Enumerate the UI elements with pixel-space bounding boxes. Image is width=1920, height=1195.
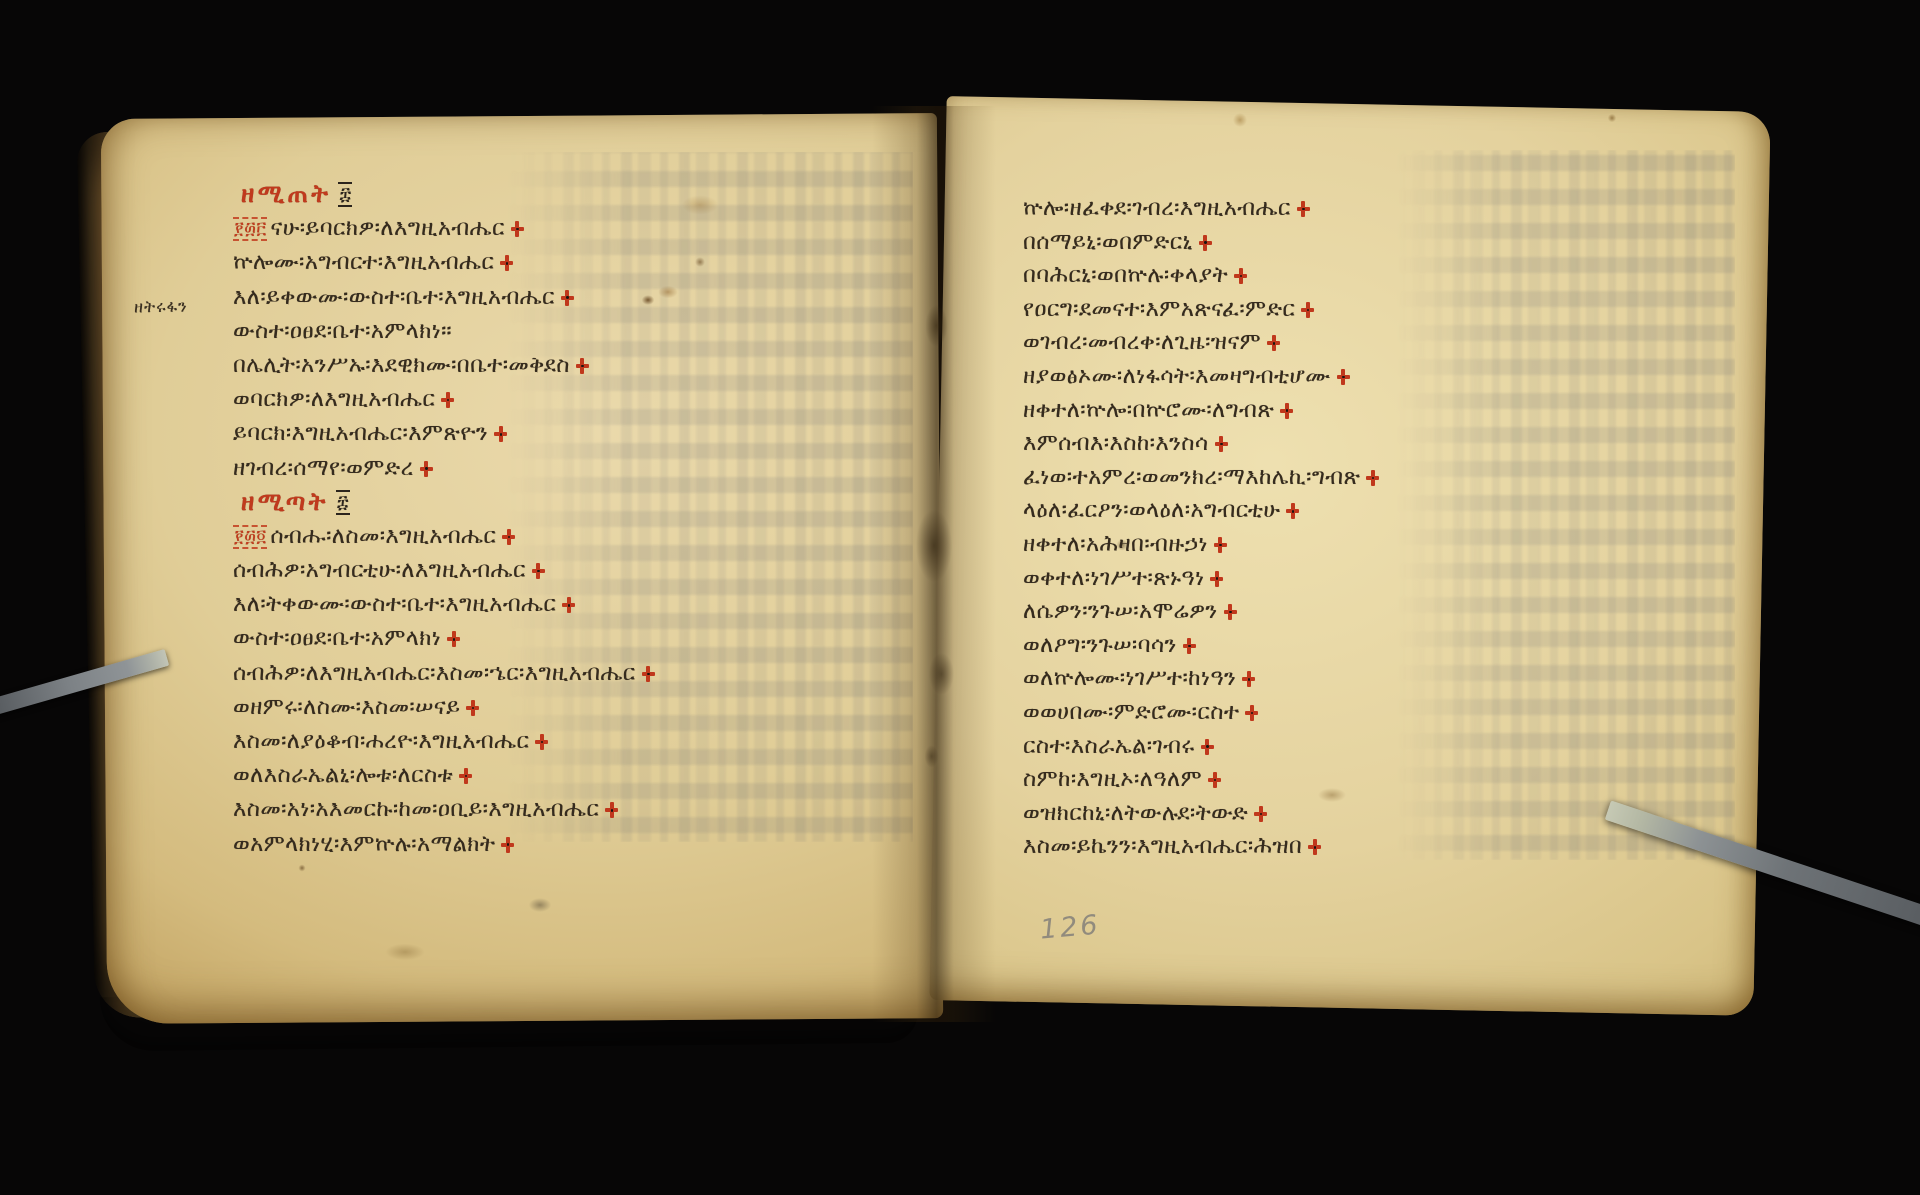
verse-line: ርስተ፡እስራኤል፡ገብሩ [1023, 730, 1379, 764]
verse-text: ዘያወፅኦሙ፡ለነፋሳት፡እመዛግብቲሆሙ [1023, 363, 1331, 389]
verse-line: ዘገብረ፡ሰማየ፡ወምድረ [233, 451, 655, 485]
verse-text: ስምከ፡እግዚኦ፡ለዓለም [1023, 766, 1202, 792]
margin-note: ዘትሩፋን [134, 297, 188, 318]
verse-line: ውስተ፡ዐፀደ፡ቤተ፡አምላክነ። [233, 314, 655, 348]
verse-separator-cross-icon [1366, 470, 1379, 486]
verse-separator-cross-icon [1208, 772, 1221, 788]
verse-text: ወወሀበሙ፡ምድሮሙ፡ርስተ [1023, 699, 1239, 725]
verse-line: ውስተ፡ዐፀደ፡ቤተ፡አምላክነ [233, 621, 655, 655]
verse-text: ሰብሕዎ፡ለእግዚአብሔር፡እስመ፡ኄር፡እግዚአብሔር [233, 660, 636, 686]
verse-line: እስመ፡ይኬንን፡እግዚአብሔር፡ሕዝበ [1023, 830, 1379, 864]
verse-text: ወዝክርከኒ፡ለትውሉደ፡ትውድ [1023, 800, 1248, 826]
page-number-pencil: 126 [1039, 909, 1102, 945]
verse-separator-cross-icon [494, 426, 507, 442]
verse-separator-cross-icon [1234, 268, 1247, 284]
verse-separator-cross-icon [1201, 739, 1214, 755]
verse-separator-cross-icon [511, 221, 524, 237]
verse-text: ይባርክ፡እግዚአብሔር፡እምጽዮን [233, 420, 488, 446]
verse-line: ኵሎ፡ዘፈቀደ፡ገብረ፡እግዚአብሔር [1023, 192, 1379, 226]
verse-line: ወለዖግ፡ንጉሠ፡ባሳን [1023, 629, 1379, 663]
verse-text: ሰብሕዎ፡አግብርቲሁ፡ለእግዚአብሔር [233, 557, 526, 583]
verse-text: እስመ፡ይኬንን፡እግዚአብሔር፡ሕዝበ [1023, 833, 1302, 859]
title-number: ፰ [336, 490, 350, 515]
verse-separator-cross-icon [459, 768, 472, 784]
verse-text: ርስተ፡እስራኤል፡ገብሩ [1023, 733, 1195, 759]
verse-line: እስመ፡አነ፡አእመርኩ፡ከመ፡ዐቢይ፡እግዚአብሔር [233, 792, 655, 826]
verse-text: በሌሊት፡አንሥኡ፡እደዊክሙ፡በቤተ፡መቅደስ [233, 352, 570, 378]
verse-line: ላዕለ፡ፈርዖን፡ወላዕለ፡አግብርቲሁ [1023, 494, 1379, 528]
verse-line: ስምከ፡እግዚኦ፡ለዓለም [1023, 763, 1379, 797]
verse-text: ወአምላክነሂ፡እምኵሉ፡አማልክት [233, 831, 495, 857]
verse-separator-cross-icon [1215, 436, 1228, 452]
verse-separator-cross-icon [441, 392, 454, 408]
verse-line: በባሕርኒ፡ወበኵሉ፡ቀላያት [1023, 259, 1379, 293]
verse-separator-cross-icon [1210, 571, 1223, 587]
verse-separator-cross-icon [1254, 806, 1267, 822]
verse-separator-cross-icon [1267, 335, 1280, 351]
verse-separator-cross-icon [605, 802, 618, 818]
verse-line: ወባርክዎ፡ለእግዚአብሔር [233, 382, 655, 416]
verse-line: ወአምላክነሂ፡እምኵሉ፡አማልክት [233, 827, 655, 861]
verse-separator-cross-icon [561, 290, 574, 306]
verse-line: ወለኵሎሙ፡ነገሥተ፡ከነዓን [1023, 662, 1379, 696]
verse-line: ፈነወ፡ተአምረ፡ወመንክረ፡ማእከሌኪ፡ግብጽ [1023, 461, 1379, 495]
verse-text: ወዘምሩ፡ለስሙ፡እስመ፡ሠናይ [233, 694, 460, 720]
verse-line: እለ፡ትቀውሙ፡ውስተ፡ቤተ፡እግዚአብሔር [233, 587, 655, 621]
verse-separator-cross-icon [562, 597, 575, 613]
verse-separator-cross-icon [1183, 638, 1196, 654]
verse-text: እስመ፡አነ፡አእመርኩ፡ከመ፡ዐቢይ፡እግዚአብሔር [233, 796, 599, 822]
verse-separator-cross-icon [535, 734, 548, 750]
verse-line: የዐርግ፡ደመናተ፡እምአጽናፈ፡ምድር [1023, 293, 1379, 327]
verse-line: ፻፴፫ናሁ፡ይባርክዎ፡ለእግዚአብሔር [233, 211, 655, 245]
verse-line: በሰማይኒ፡ወበምድርኒ [1023, 226, 1379, 260]
section-title: ዘሚጠት፰ [233, 177, 655, 211]
verse-separator-cross-icon [1242, 671, 1255, 687]
verse-text: ወቀተለ፡ነገሥተ፡ጽኑዓነ [1023, 565, 1204, 591]
verse-line: ኵሎሙ፡አግብርተ፡እግዚአብሔር [233, 245, 655, 279]
verse-separator-cross-icon [642, 666, 655, 682]
verse-line: ፻፴፬ሰብሑ፡ለስመ፡እግዚአብሔር [233, 519, 655, 553]
verse-text: እምሰብእ፡እስከ፡እንስሳ [1023, 430, 1209, 456]
psalm-number-rubric: ፻፴፫ [233, 217, 267, 241]
verse-separator-cross-icon [1301, 302, 1314, 318]
verse-text: ፈነወ፡ተአምረ፡ወመንክረ፡ማእከሌኪ፡ግብጽ [1023, 464, 1360, 490]
verse-line: ለሴዎን፡ንጉሠ፡አሞሬዎን [1023, 595, 1379, 629]
verse-text: ወለኵሎሙ፡ነገሥተ፡ከነዓን [1023, 665, 1236, 691]
verse-text: በሰማይኒ፡ወበምድርኒ [1023, 229, 1193, 255]
verse-separator-cross-icon [1286, 503, 1299, 519]
verse-text: ለሴዎን፡ንጉሠ፡አሞሬዎን [1023, 598, 1218, 624]
verse-text: ዘቀተለ፡አሕዛበ፡ብዙኃነ [1023, 531, 1208, 557]
verse-separator-cross-icon [500, 255, 513, 271]
verse-separator-cross-icon [1308, 839, 1321, 855]
verse-separator-cross-icon [466, 700, 479, 716]
verse-text: እለ፡ይቀውሙ፡ውስተ፡ቤተ፡እግዚአብሔር [233, 284, 555, 310]
verse-separator-cross-icon [1245, 705, 1258, 721]
verse-line: ዘቀተለ፡ኵሎ፡በኵሮሙ፡ለግብጽ [1023, 394, 1379, 428]
verse-line: በሌሊት፡አንሥኡ፡እደዊክሙ፡በቤተ፡መቅደስ [233, 348, 655, 382]
verse-text: ሰብሑ፡ለስመ፡እግዚአብሔር [270, 523, 496, 549]
title-rubric-text: ዘሚጠት [241, 179, 331, 208]
verse-separator-cross-icon [1337, 369, 1350, 385]
manuscript-photo: ዘትሩፋን ዘሚጠት፰፻፴፫ናሁ፡ይባርክዎ፡ለእግዚአብሔርኵሎሙ፡አግብርተ… [0, 0, 1920, 1195]
verse-line: ወዘምሩ፡ለስሙ፡እስመ፡ሠናይ [233, 690, 655, 724]
verse-line: ሰብሕዎ፡አግብርቲሁ፡ለእግዚአብሔር [233, 553, 655, 587]
verse-text: እለ፡ትቀውሙ፡ውስተ፡ቤተ፡እግዚአብሔር [233, 591, 556, 617]
left-text-column: ዘሚጠት፰፻፴፫ናሁ፡ይባርክዎ፡ለእግዚአብሔርኵሎሙ፡አግብርተ፡እግዚአብ… [233, 177, 655, 861]
verse-text: ወገብረ፡መብረቀ፡ለጊዜ፡ዝናም [1023, 329, 1261, 355]
verse-text: ወባርክዎ፡ለእግዚአብሔር [233, 386, 435, 412]
verse-separator-cross-icon [1280, 403, 1293, 419]
verse-text: እስመ፡ለያዕቆብ፡ሐረዮ፡እግዚአብሔር [233, 728, 529, 754]
verse-line: ወቀተለ፡ነገሥተ፡ጽኑዓነ [1023, 562, 1379, 596]
verse-line: እስመ፡ለያዕቆብ፡ሐረዮ፡እግዚአብሔር [233, 724, 655, 758]
verse-line: ዘቀተለ፡አሕዛበ፡ብዙኃነ [1023, 528, 1379, 562]
verse-separator-cross-icon [532, 563, 545, 579]
verse-text: ናሁ፡ይባርክዎ፡ለእግዚአብሔር [270, 215, 504, 241]
verse-separator-cross-icon [1199, 235, 1212, 251]
verse-text: ወለዖግ፡ንጉሠ፡ባሳን [1023, 632, 1177, 658]
psalm-number-rubric: ፻፴፬ [233, 525, 267, 549]
verse-line: ሰብሕዎ፡ለእግዚአብሔር፡እስመ፡ኄር፡እግዚአብሔር [233, 656, 655, 690]
verse-text: ላዕለ፡ፈርዖን፡ወላዕለ፡አግብርቲሁ [1023, 497, 1280, 523]
verse-separator-cross-icon [1214, 537, 1227, 553]
verse-line: ወዝክርከኒ፡ለትውሉደ፡ትውድ [1023, 797, 1379, 831]
verse-text: የዐርግ፡ደመናተ፡እምአጽናፈ፡ምድር [1023, 296, 1295, 322]
verse-separator-cross-icon [1224, 604, 1237, 620]
right-text-column: ኵሎ፡ዘፈቀደ፡ገብረ፡እግዚአብሔርበሰማይኒ፡ወበምድርኒበባሕርኒ፡ወበኵ… [1023, 192, 1379, 864]
verse-line: ወወሀበሙ፡ምድሮሙ፡ርስተ [1023, 696, 1379, 730]
verse-text: ወለእስራኤልኒ፡ሎቱ፡ለርስቱ [233, 762, 453, 788]
verse-text: ኵሎሙ፡አግብርተ፡እግዚአብሔር [233, 249, 494, 275]
verse-separator-cross-icon [501, 837, 514, 853]
verse-text: ውስተ፡ዐፀደ፡ቤተ፡አምላክነ [233, 625, 441, 651]
verse-text: ዘገብረ፡ሰማየ፡ወምድረ [233, 455, 414, 481]
verse-separator-cross-icon [502, 529, 515, 545]
verse-line: እለ፡ይቀውሙ፡ውስተ፡ቤተ፡እግዚአብሔር [233, 280, 655, 314]
title-rubric-text: ዘሚጣት [241, 487, 329, 516]
verse-separator-cross-icon [447, 631, 460, 647]
section-title: ዘሚጣት፰ [233, 485, 655, 519]
verse-line: እምሰብእ፡እስከ፡እንስሳ [1023, 427, 1379, 461]
verse-line: ወገብረ፡መብረቀ፡ለጊዜ፡ዝናም [1023, 326, 1379, 360]
verse-text: ውስተ፡ዐፀደ፡ቤተ፡አምላክነ። [233, 318, 452, 344]
verse-text: በባሕርኒ፡ወበኵሉ፡ቀላያት [1023, 262, 1228, 288]
verse-line: ዘያወፅኦሙ፡ለነፋሳት፡እመዛግብቲሆሙ [1023, 360, 1379, 394]
verse-text: ዘቀተለ፡ኵሎ፡በኵሮሙ፡ለግብጽ [1023, 397, 1274, 423]
verse-text: ኵሎ፡ዘፈቀደ፡ገብረ፡እግዚአብሔር [1023, 195, 1291, 221]
verse-separator-cross-icon [420, 461, 433, 477]
verse-separator-cross-icon [576, 358, 589, 374]
verse-line: ይባርክ፡እግዚአብሔር፡እምጽዮን [233, 416, 655, 450]
verse-separator-cross-icon [1297, 201, 1310, 217]
title-number: ፰ [338, 182, 352, 207]
verse-line: ወለእስራኤልኒ፡ሎቱ፡ለርስቱ [233, 758, 655, 792]
